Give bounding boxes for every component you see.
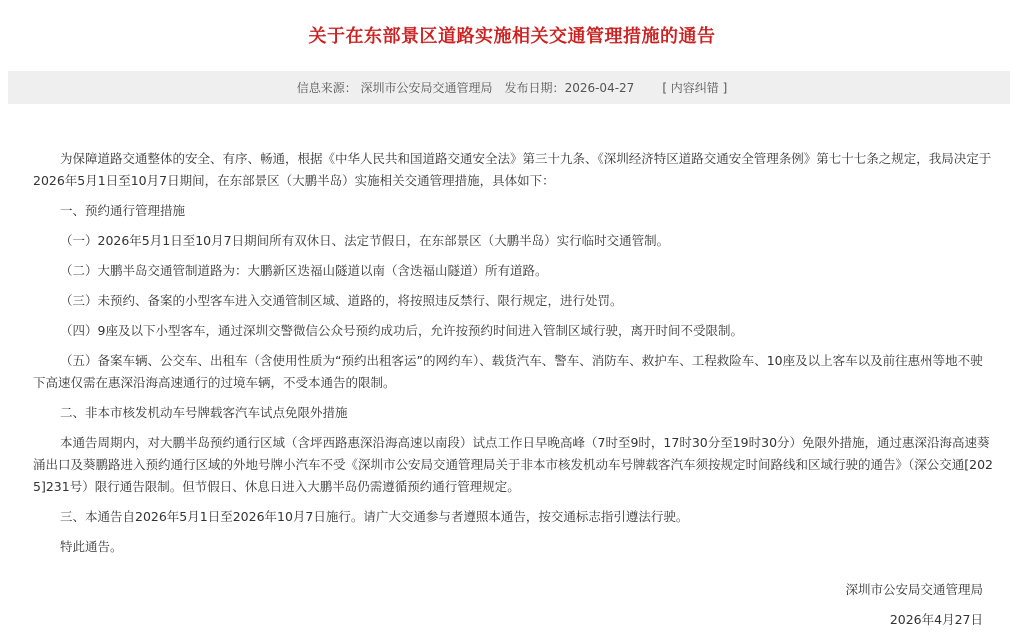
section-3-paragraph: 三、本通告自2026年5月1日至2026年10月7日施行。请广大交通参与者遵照本… [33,506,993,528]
article-meta-bar: 信息来源： 深圳市公安局交通管理局 发布日期：2026-04-27 [ 内容纠错… [8,71,1010,104]
signature-date: 2026年4月27日 [890,609,983,631]
publish-date-value: 2026-04-27 [565,81,635,95]
section-1-item-1: （一）2026年5月1日至10月7日期间所有双休日、法定节假日，在东部景区（大鹏… [33,230,993,252]
content-correction-link[interactable]: [ 内容纠错 ] [662,79,727,96]
section-1-item-3: （三）未预约、备案的小型客车进入交通管制区域、道路的，将按照违反禁行、限行规定，… [33,290,993,312]
section-1-item-2: （二）大鹏半岛交通管制道路为：大鹏新区迭福山隧道以南（含迭福山隧道）所有道路。 [33,260,993,282]
publish-date-label: 发布日期： [505,81,565,95]
source-label: 信息来源： [297,81,357,95]
publish-date-meta: 发布日期：2026-04-27 [505,79,635,96]
article-body: 为保障道路交通整体的安全、有序、畅通，根据《中华人民共和国道路交通安全法》第三十… [33,148,993,566]
intro-paragraph: 为保障道路交通整体的安全、有序、畅通，根据《中华人民共和国道路交通安全法》第三十… [33,148,993,192]
source-meta: 信息来源： 深圳市公安局交通管理局 [297,79,493,96]
source-value: 深圳市公安局交通管理局 [361,81,493,95]
section-2-heading: 二、非本市核发机动车号牌载客汽车试点免限外措施 [33,402,993,424]
section-1-heading: 一、预约通行管理措施 [33,200,993,222]
section-2-paragraph: 本通告周期内，对大鹏半岛预约通行区域（含坪西路惠深沿海高速以南段）试点工作日早晚… [33,432,993,498]
page-title: 关于在东部景区道路实施相关交通管理措施的通告 [0,24,1024,50]
signature-organization: 深圳市公安局交通管理局 [845,579,983,601]
section-1-item-5: （五）备案车辆、公交车、出租车（含使用性质为“预约出租客运”的网约车）、载货汽车… [33,350,993,394]
closing-paragraph: 特此通告。 [33,536,993,558]
section-1-item-4: （四）9座及以下小型客车，通过深圳交警微信公众号预约成功后，允许按预约时间进入管… [33,320,993,342]
